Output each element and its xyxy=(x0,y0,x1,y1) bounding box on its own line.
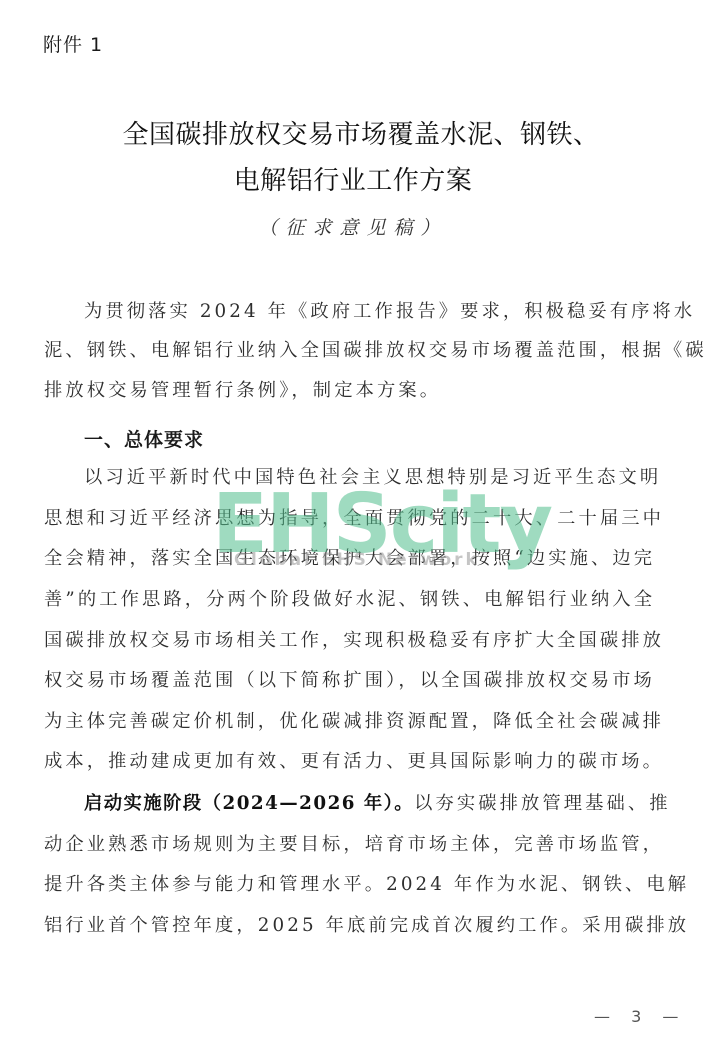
paragraph-line: 权交易市场覆盖范围（以下简称扩围），以全国碳排放权交易市场 xyxy=(44,669,674,693)
paragraph-line: 全会精神，落实全国生态环境保护大会部署，按照“边实施、边完 xyxy=(44,547,674,571)
paragraph-line: 为贯彻落实 2024 年《政府工作报告》要求，积极稳妥有序将水 xyxy=(84,300,674,324)
document-subtitle: （征求意见稿） xyxy=(0,213,706,240)
paragraph-line: 国碳排放权交易市场相关工作，实现积极稳妥有序扩大全国碳排放 xyxy=(44,629,674,653)
phase-text: 以夯实碳排放管理基础、推 xyxy=(414,793,671,814)
paragraph-line: 提升各类主体参与能力和管理水平。2024 年作为水泥、钢铁、电解 xyxy=(44,873,674,897)
paragraph-line: 成本，推动建成更加有效、更有活力、更具国际影响力的碳市场。 xyxy=(44,750,674,774)
paragraph-line: 排放权交易管理暂行条例》，制定本方案。 xyxy=(44,379,674,403)
paragraph-line: 善”的工作思路，分两个阶段做好水泥、钢铁、电解铝行业纳入全 xyxy=(44,588,674,612)
document-title-line-2: 电解铝行业工作方案 xyxy=(0,160,706,197)
paragraph-line: 动企业熟悉市场规则为主要目标，培育市场主体，完善市场监管， xyxy=(44,833,674,857)
paragraph-line: 为主体完善碳定价机制，优化碳减排资源配置，降低全社会碳减排 xyxy=(44,710,674,734)
page-number: — 3 — xyxy=(594,1007,686,1026)
section-heading: 一、总体要求 xyxy=(84,425,204,452)
paragraph-line: 启动实施阶段（2024—2026 年）。以夯实碳排放管理基础、推 xyxy=(84,792,674,816)
paragraph-line: 铝行业首个管控年度，2025 年底前完成首次履约工作。采用碳排放 xyxy=(44,914,674,938)
paragraph-line: 以习近平新时代中国特色社会主义思想特别是习近平生态文明 xyxy=(84,466,674,490)
attachment-label: 附件 1 xyxy=(43,30,103,57)
document-title-line-1: 全国碳排放权交易市场覆盖水泥、钢铁、 xyxy=(8,114,706,151)
phase-heading: 启动实施阶段（2024—2026 年）。 xyxy=(84,793,414,814)
paragraph-line: 思想和习近平经济思想为指导，全面贯彻党的二十大、二十届三中 xyxy=(44,507,674,531)
paragraph-line: 泥、钢铁、电解铝行业纳入全国碳排放权交易市场覆盖范围，根据《碳 xyxy=(44,339,674,363)
